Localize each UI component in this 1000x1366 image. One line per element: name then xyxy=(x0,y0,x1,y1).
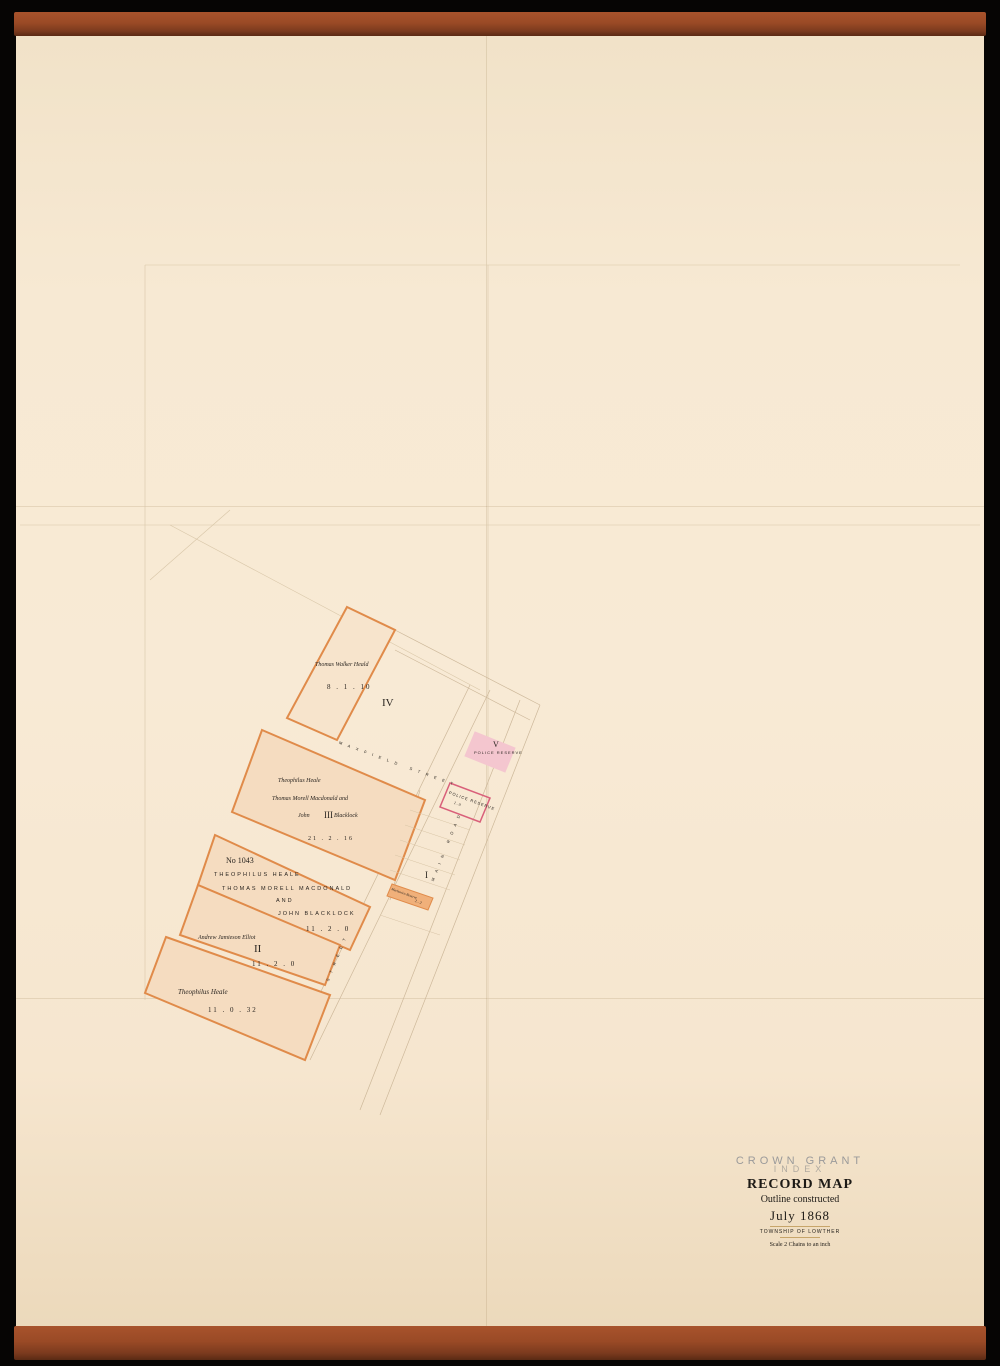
title-block: CROWN GRANT INDEX RECORD MAP Outline con… xyxy=(700,1155,900,1248)
outline-constructed: Outline constructed xyxy=(700,1194,900,1205)
lot-1043-owner-3: JOHN BLACKLOCK xyxy=(278,911,356,917)
lot-iii-owner-3: John xyxy=(298,813,310,819)
divider xyxy=(770,1226,830,1227)
section-ii-label: II xyxy=(254,943,261,955)
lot-iii-owner-3b: Blacklock xyxy=(334,813,358,819)
section-i-label: I xyxy=(425,870,428,880)
township-label: TOWNSHIP OF LOWTHER xyxy=(700,1229,900,1235)
lot-i-owner: Theophilus Heale xyxy=(178,988,228,996)
lot-ii-owner: Andrew Jamieson Elliot xyxy=(198,935,255,941)
lot-1043-and: AND xyxy=(276,898,294,904)
map-date: July 1868 xyxy=(700,1208,900,1224)
lot-1043-number: No 1043 xyxy=(226,856,254,865)
divider xyxy=(780,1237,820,1238)
lot-1043-owner-2: THOMAS MORELL MACDONALD xyxy=(222,886,352,892)
scale-label: Scale 2 Chains to an inch xyxy=(700,1242,900,1248)
lot-iv-area: 8 . 1 . 10 xyxy=(327,683,372,691)
record-map-title: RECORD MAP xyxy=(700,1177,900,1193)
lot-iii-area: 21 . 2 . 16 xyxy=(308,836,354,842)
section-v-label: V xyxy=(493,740,499,749)
index-heading: INDEX xyxy=(700,1164,900,1174)
lot-iii-owner-2: Thomas Morell Macdonald and xyxy=(272,796,348,802)
lot-i-area: 11 . 0 . 32 xyxy=(208,1006,258,1014)
section-iv-label: IV xyxy=(382,697,394,709)
section-iii-label: III xyxy=(324,810,333,820)
police-reserve-upper-label: POLICE RESERVE xyxy=(474,750,523,755)
parcel-iv xyxy=(287,607,395,740)
lot-1043-owner-1: THEOPHILUS HEALE xyxy=(214,872,301,878)
lot-iv-owner: Thomas Walker Heald xyxy=(315,662,368,668)
lot-iii-owner-1: Theophilus Heale xyxy=(278,778,321,784)
lot-ii-area: 11 . 2 . 0 xyxy=(252,960,296,968)
